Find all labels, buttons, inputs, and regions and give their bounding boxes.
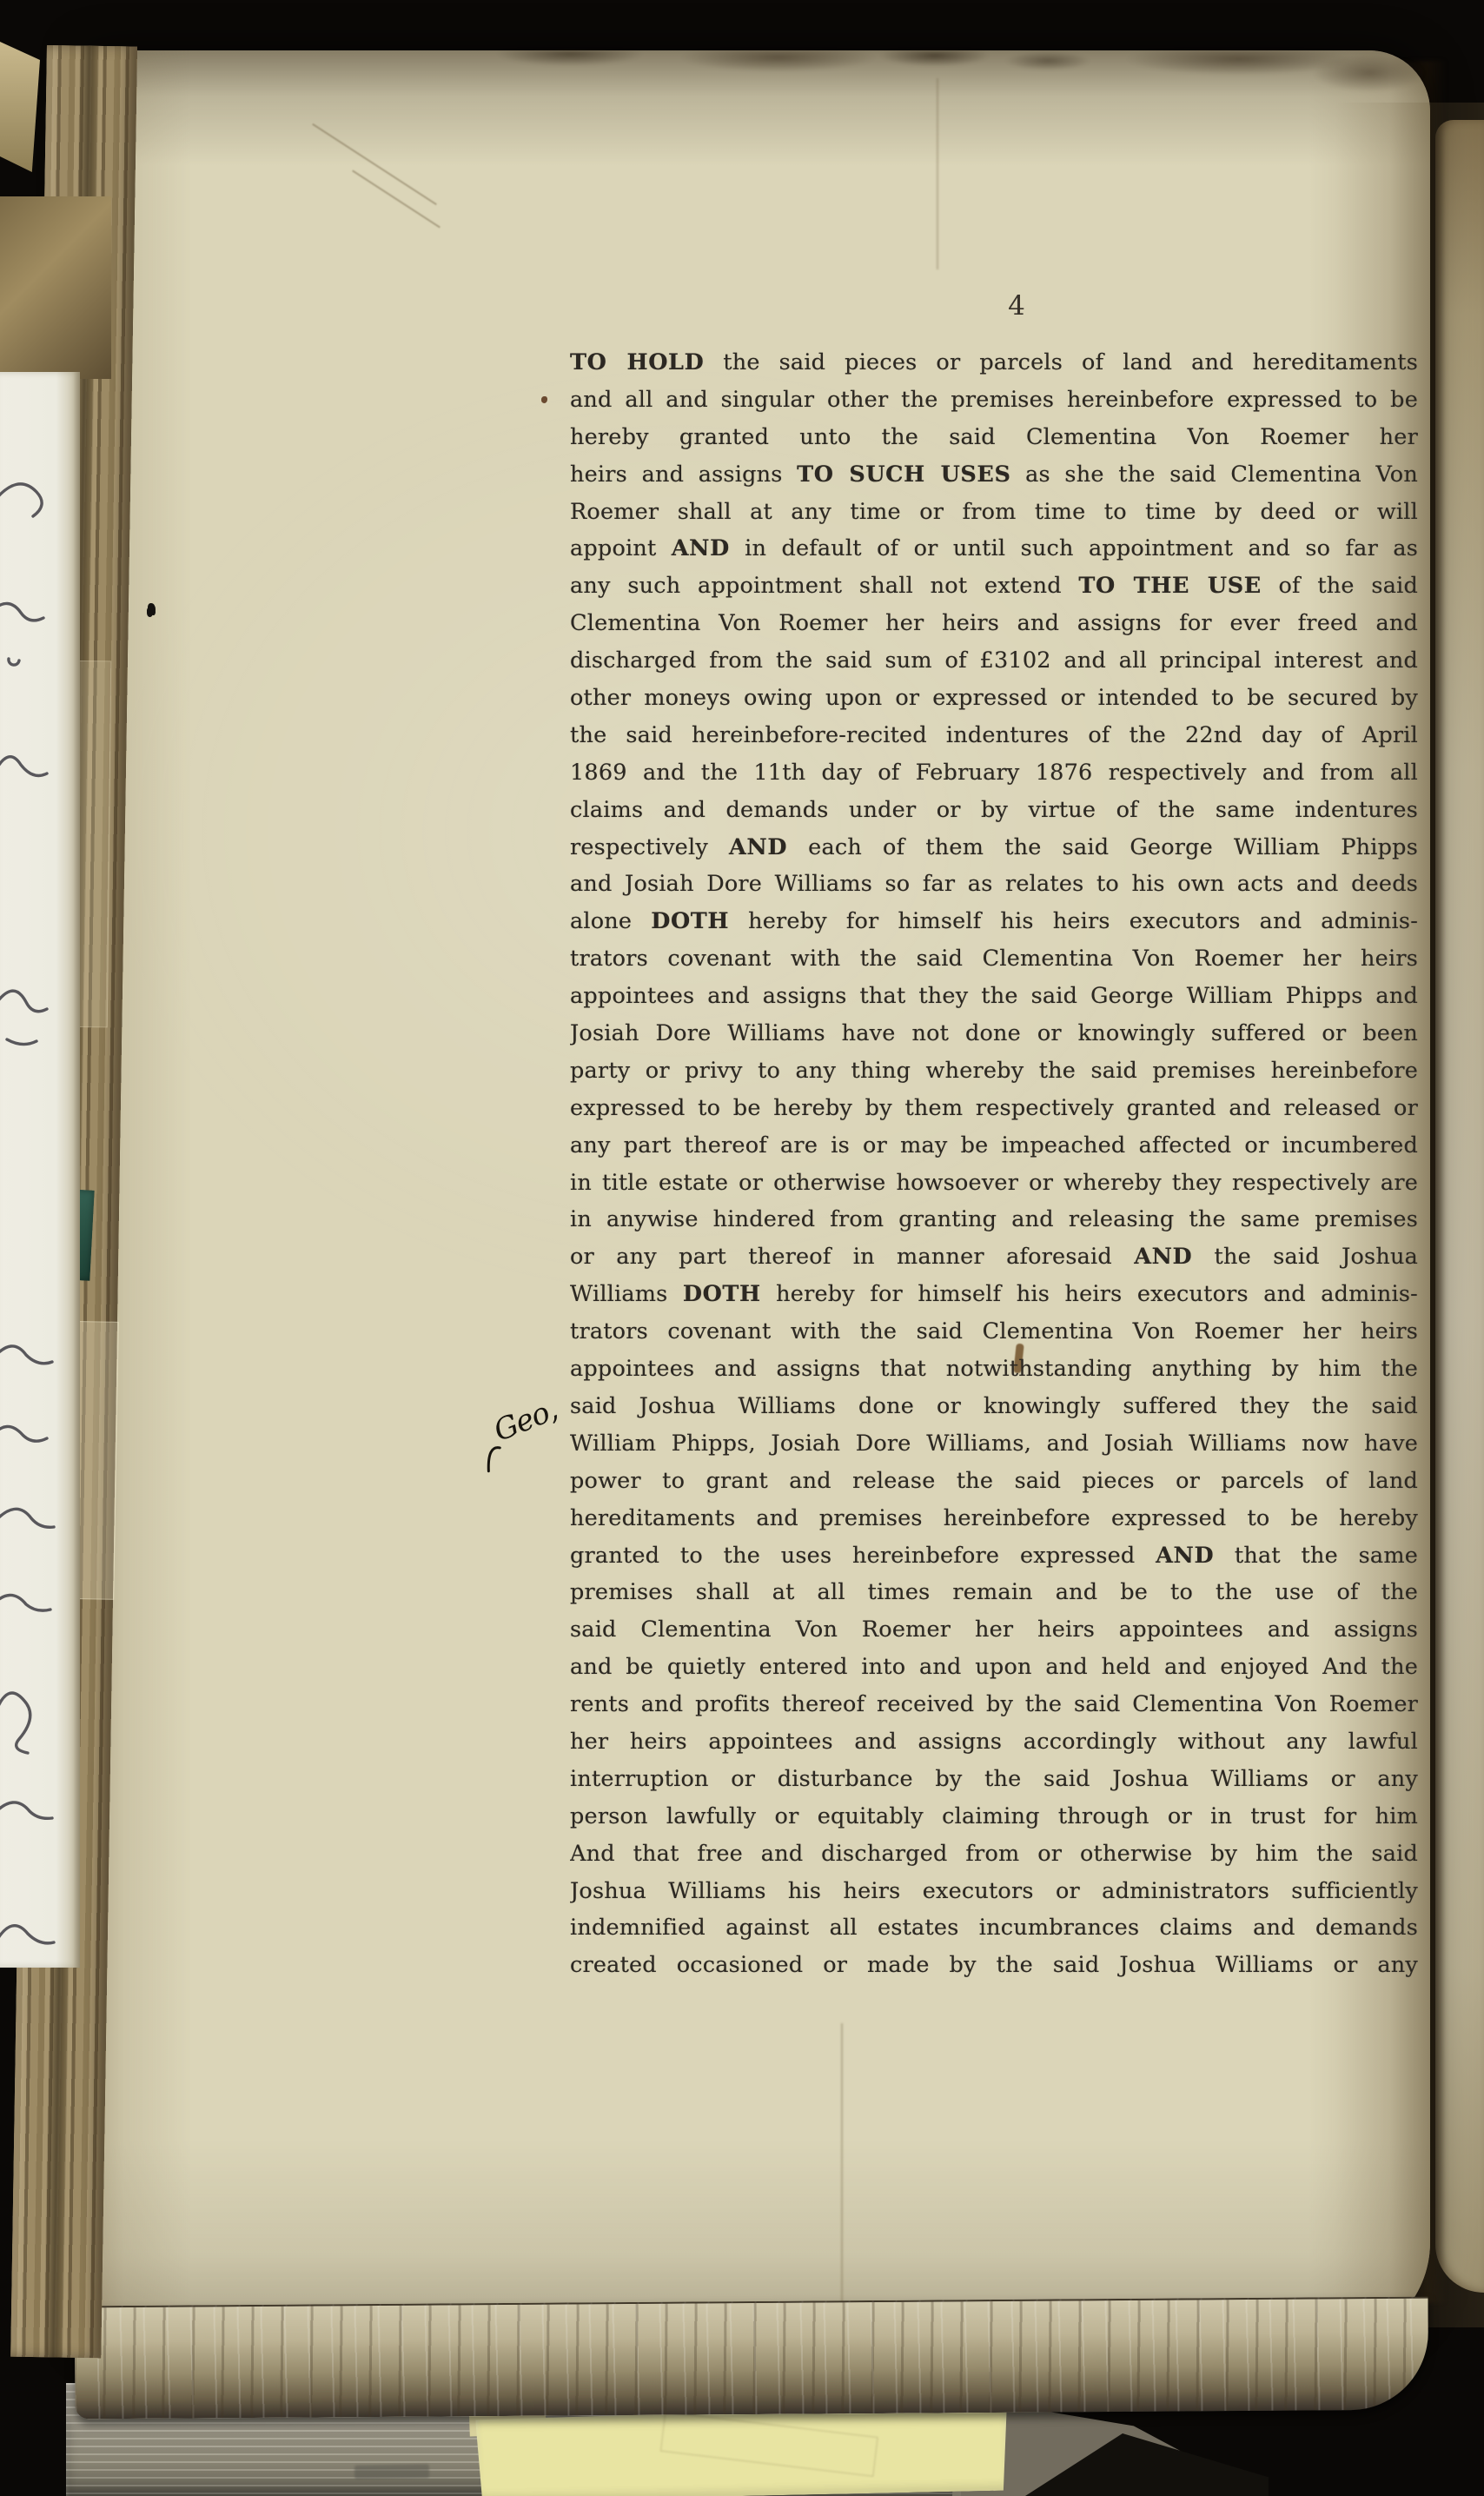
text-segment: indemnified against all estates incumbra… <box>570 1915 1418 1941</box>
ink-speck <box>148 603 156 614</box>
text-line: claims and demands under or by virtue of… <box>570 792 1418 829</box>
text-segment: heirs and assigns <box>570 461 797 488</box>
text-line: Clementina Von Roemer her heirs and assi… <box>570 605 1418 642</box>
emphasized-phrase: DOTH <box>683 1281 761 1307</box>
text-segment: respectively <box>570 834 729 860</box>
text-segment: appoint <box>570 535 672 561</box>
text-segment: said Clementina Von Roemer her heirs app… <box>570 1616 1418 1643</box>
text-segment: Joshua Williams his heirs executors or a… <box>570 1878 1418 1904</box>
text-line: hereby granted unto the said Clementina … <box>570 419 1418 456</box>
text-segment: alone <box>570 908 651 934</box>
text-segment: Roemer shall at any time or from time to… <box>570 499 1418 525</box>
text-segment: in default of or until such appointment … <box>730 535 1418 561</box>
text-segment: William Phipps, Josiah Dore Williams, an… <box>570 1431 1418 1457</box>
text-line: and all and singular other the premises … <box>570 382 1418 419</box>
text-segment: And that free and discharged from or oth… <box>570 1841 1418 1867</box>
text-segment: claims and demands under or by virtue of… <box>570 797 1418 823</box>
text-line: created occasioned or made by the said J… <box>570 1947 1418 1984</box>
text-line: interruption or disturbance by the said … <box>570 1761 1418 1798</box>
text-line: any such appointment shall not extend TO… <box>570 568 1418 605</box>
text-segment: any part thereof are is or may be impeac… <box>570 1132 1418 1158</box>
text-segment: trators covenant with the said Clementin… <box>570 1318 1418 1344</box>
text-line: her heirs appointees and assigns accordi… <box>570 1723 1418 1761</box>
text-segment: hereby for himself his heirs executors a… <box>761 1281 1418 1307</box>
handwritten-page-edge <box>0 372 80 1968</box>
text-line: expressed to be hereby by them respectiv… <box>570 1090 1418 1127</box>
sticky-note-crease <box>660 2412 878 2477</box>
text-line: Josiah Dore Williams have not done or kn… <box>570 1015 1418 1052</box>
text-segment: of the said <box>1262 573 1418 599</box>
emphasized-phrase: AND <box>1134 1244 1192 1270</box>
text-block: TO HOLD the said pieces or parcels of la… <box>570 344 1418 1984</box>
text-line: in anywise hindered from granting and re… <box>570 1201 1418 1238</box>
text-line: respectively AND each of them the said G… <box>570 829 1418 866</box>
text-segment: person lawfully or equitably claiming th… <box>570 1803 1418 1829</box>
text-segment: granted to the uses hereinbefore express… <box>570 1543 1156 1569</box>
emphasized-phrase: AND <box>729 834 787 860</box>
text-segment: any such appointment shall not extend <box>570 573 1078 599</box>
text-segment: other moneys owing upon or expressed or … <box>570 685 1418 711</box>
text-segment: power to grant and release the said piec… <box>570 1468 1418 1494</box>
text-line: William Phipps, Josiah Dore Williams, an… <box>570 1425 1418 1463</box>
text-line: said Joshua Williams done or knowingly s… <box>570 1388 1418 1425</box>
text-segment: and be quietly entered into and upon and… <box>570 1654 1418 1680</box>
text-segment: interruption or disturbance by the said … <box>570 1766 1418 1792</box>
text-line: trators covenant with the said Clementin… <box>570 940 1418 978</box>
text-segment: the said Joshua <box>1192 1244 1418 1270</box>
text-segment: and all and singular other the premises … <box>570 387 1418 413</box>
text-segment: premises shall at all times remain and b… <box>570 1579 1418 1605</box>
text-line: appointees and assigns that notwithstand… <box>570 1351 1418 1388</box>
emphasized-phrase: TO HOLD <box>570 349 704 375</box>
text-line: TO HOLD the said pieces or parcels of la… <box>570 344 1418 382</box>
text-line: appoint AND in default of or until such … <box>570 530 1418 568</box>
text-line: 1869 and the 11th day of February 1876 r… <box>570 754 1418 792</box>
text-segment: rents and profits thereof received by th… <box>570 1691 1418 1717</box>
text-segment: her heirs appointees and assigns accordi… <box>570 1729 1418 1755</box>
text-segment: appointees and assigns that notwithstand… <box>570 1356 1418 1382</box>
emphasized-phrase: TO SUCH USES <box>797 461 1010 488</box>
handwriting-fragments <box>0 372 80 1968</box>
text-line: or any part thereof in manner aforesaid … <box>570 1238 1418 1276</box>
emphasized-phrase: AND <box>1156 1543 1214 1569</box>
text-line: trators covenant with the said Clementin… <box>570 1313 1418 1351</box>
page-number: 4 <box>997 290 1036 322</box>
text-line: Roemer shall at any time or from time to… <box>570 494 1418 531</box>
text-line: And that free and discharged from or oth… <box>570 1835 1418 1873</box>
text-segment: created occasioned or made by the said J… <box>570 1952 1418 1978</box>
text-segment: 1869 and the 11th day of February 1876 r… <box>570 760 1418 786</box>
text-segment: the said pieces or parcels of land and h… <box>704 349 1418 375</box>
text-line: alone DOTH hereby for himself his heirs … <box>570 903 1418 940</box>
emphasized-phrase: TO THE USE <box>1078 573 1261 599</box>
text-line: Joshua Williams his heirs executors or a… <box>570 1873 1418 1910</box>
text-line: the said hereinbefore-recited indentures… <box>570 717 1418 754</box>
text-line: power to grant and release the said piec… <box>570 1463 1418 1500</box>
text-segment: in title estate or otherwise howsoever o… <box>570 1170 1418 1196</box>
text-segment: Clementina Von Roemer her heirs and assi… <box>570 610 1418 636</box>
emphasized-phrase: AND <box>672 535 730 561</box>
text-line: hereditaments and premises hereinbefore … <box>570 1500 1418 1537</box>
text-line: and Josiah Dore Williams so far as relat… <box>570 866 1418 903</box>
text-line: party or privy to any thing whereby the … <box>570 1052 1418 1090</box>
book-photo: { "photo": { "description": "Photograph … <box>0 0 1484 2496</box>
text-line: rents and profits thereof received by th… <box>570 1686 1418 1723</box>
text-line: person lawfully or equitably claiming th… <box>570 1798 1418 1835</box>
text-segment: Josiah Dore Williams have not done or kn… <box>570 1020 1418 1046</box>
text-segment: in anywise hindered from granting and re… <box>570 1206 1418 1232</box>
text-segment: hereditaments and premises hereinbefore … <box>570 1505 1418 1531</box>
text-segment: that the same <box>1214 1543 1418 1569</box>
text-line: and be quietly entered into and upon and… <box>570 1649 1418 1686</box>
text-segment: or any part thereof in manner aforesaid <box>570 1244 1134 1270</box>
faint-stamp-mark <box>354 2464 429 2479</box>
text-segment: said Joshua Williams done or knowingly s… <box>570 1393 1418 1419</box>
text-line: premises shall at all times remain and b… <box>570 1574 1418 1611</box>
text-segment: Williams <box>570 1281 683 1307</box>
text-line: in title estate or otherwise howsoever o… <box>570 1165 1418 1202</box>
emphasized-phrase: DOTH <box>651 908 729 934</box>
text-line: appointees and assigns that they the sai… <box>570 978 1418 1015</box>
text-segment: discharged from the said sum of £3102 an… <box>570 647 1418 674</box>
text-line: discharged from the said sum of £3102 an… <box>570 642 1418 680</box>
text-segment: each of them the said George William Phi… <box>787 834 1418 860</box>
burnt-top-edge <box>83 50 1430 111</box>
text-segment: and Josiah Dore Williams so far as relat… <box>570 871 1418 897</box>
text-line: Williams DOTH hereby for himself his hei… <box>570 1276 1418 1313</box>
text-line: indemnified against all estates incumbra… <box>570 1909 1418 1947</box>
text-line: other moneys owing upon or expressed or … <box>570 680 1418 717</box>
text-segment: as she the said Clementina Von <box>1010 461 1418 488</box>
text-segment: the said hereinbefore-recited indentures… <box>570 722 1418 748</box>
text-segment: expressed to be hereby by them respectiv… <box>570 1095 1418 1121</box>
main-page: 4 TO HOLD the said pieces or parcels of … <box>83 50 1430 2347</box>
text-segment: hereby granted unto the said Clementina … <box>570 424 1418 450</box>
crumpled-bottom-edge <box>75 2297 1429 2420</box>
text-segment: party or privy to any thing whereby the … <box>570 1058 1418 1084</box>
text-segment: appointees and assigns that they the sai… <box>570 983 1418 1009</box>
text-line: any part thereof are is or may be impeac… <box>570 1127 1418 1165</box>
binding-wood-corner <box>0 196 111 379</box>
text-line: heirs and assigns TO SUCH USES as she th… <box>570 456 1418 494</box>
page-edge-sliver <box>0 42 40 172</box>
paper-crease <box>937 78 938 269</box>
text-segment: hereby for himself his heirs executors a… <box>729 908 1418 934</box>
text-line: granted to the uses hereinbefore express… <box>570 1537 1418 1575</box>
text-line: said Clementina Von Roemer her heirs app… <box>570 1611 1418 1649</box>
text-segment: trators covenant with the said Clementin… <box>570 946 1418 972</box>
